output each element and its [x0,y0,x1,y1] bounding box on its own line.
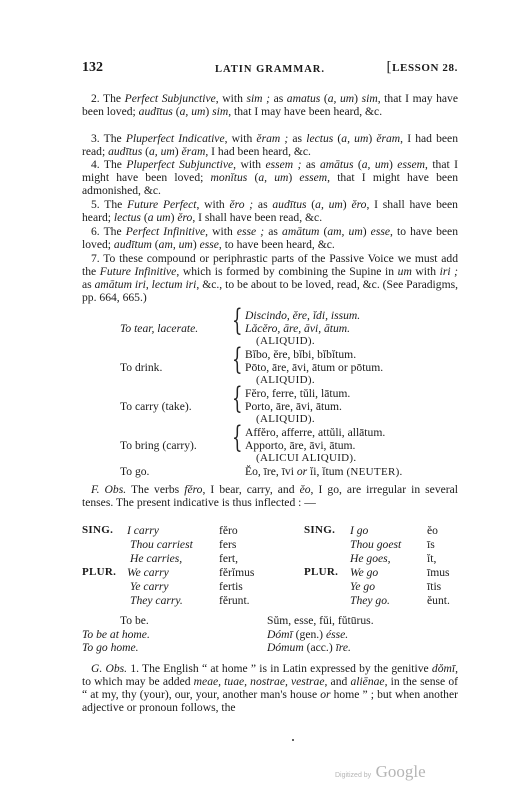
obs-label: F. Obs. [91,483,126,496]
number-label-sing: SING. [304,524,335,537]
latin-form: fertis [219,580,243,593]
latin-form: Lăcĕro, āre, āvi, ātum. [245,322,350,335]
latin-form: ītis [427,580,441,593]
english-form: He carries, [130,552,182,565]
latin-form: fĕrunt. [219,594,250,607]
paragraph-7: 7. To these compound or periphrastic par… [82,252,458,304]
obs-label: G. Obs. [91,662,127,675]
vocab-row: To tear, lacerate. Lăcĕro, āre, āvi, ātu… [82,322,458,335]
number-label-sing: SING. [82,524,113,537]
latin-form: Dómum (acc.) īre. [267,641,351,654]
english-form: Thou carriest [130,538,193,551]
vocab-row: (ALIQUID). [82,374,458,387]
number-label-plur: PLUR. [304,566,338,579]
paragraph-2: 2. The Perfect Subjunctive, with sim ; a… [82,92,458,118]
ink-speck [292,739,294,741]
english-form: Ye go [350,580,375,593]
latin-object: (ALICUI ALIQUID). [256,452,356,465]
lesson-label: [LESSON 28. [386,61,458,75]
vocab-row: (ALIQUID). [82,335,458,348]
vocab-row: To go. Ĕo, īre, īvi or ĭi, ĭtum (NEUTER)… [82,465,458,478]
latin-form: fert, [219,552,238,565]
english-meaning: To bring (carry). [120,439,197,452]
lesson-text: LESSON 28. [392,62,458,74]
english-meaning: To carry (take). [120,400,192,413]
digitization-watermark: Digitized by Google [335,762,426,782]
english-form: We go [350,566,378,579]
latin-form: Ĕo, īre, īvi or ĭi, ĭtum (NEUTER). [245,465,403,479]
latin-form: Bĭbo, ĕre, bĭbi, bĭbĭtum. [245,348,356,361]
vocab-row: (ALIQUID). [82,413,458,426]
latin-form: ĕunt. [427,594,450,607]
latin-form: īmus [427,566,450,579]
english-form: Ye carry [130,580,169,593]
latin-form: ĭt, [427,552,436,565]
latin-form: fĕrĭmus [219,566,254,579]
g-observation: G. Obs. 1. The English “ at home ” is in… [82,662,458,714]
english-form: We carry [127,566,169,579]
english-meaning: To go home. [82,641,139,654]
latin-form: Fĕro, ferre, tŭli, lātum. [245,387,350,400]
vocab-row: Fĕro, ferre, tŭli, lātum. [82,387,458,400]
paragraph-3: 3. The Pluperfect Indicative, with ĕram … [82,132,458,158]
latin-form: Sŭm, esse, fŭi, fŭtūrus. [267,614,374,627]
english-meaning: To be. [120,614,149,627]
latin-form: īs [427,538,435,551]
paragraph-6: 6. The Perfect Infinitive, with esse ; a… [82,225,458,251]
paragraph-4: 4. The Pluperfect Subjunctive, with esse… [82,158,458,197]
running-header: 132 LATIN GRAMMAR. [LESSON 28. [82,61,458,77]
english-form: I go [350,524,368,537]
google-logo: Google [376,762,426,781]
english-meaning: To drink. [120,361,162,374]
english-meaning: To tear, lacerate. [120,322,198,335]
latin-form: Apporto, āre, āvi, ātum. [245,439,355,452]
latin-object: (ALIQUID). [256,335,315,348]
english-meaning: To go. [120,465,149,478]
latin-object: (ALIQUID). [256,374,315,387]
english-form: They go. [350,594,390,607]
latin-form: ĕo [427,524,438,537]
latin-form: Discindo, ĕre, ĭdi, issum. [245,309,360,322]
english-form: I carry [127,524,159,537]
vocab-row: Affĕro, afferre, attŭli, allātum. [82,426,458,439]
english-form: He goes, [350,552,391,565]
vocab-row: Bĭbo, ĕre, bĭbi, bĭbĭtum. [82,348,458,361]
vocab-row: To carry (take). Porto, āre, āvi, ātum. [82,400,458,413]
paragraph-5: 5. The Future Perfect, with ĕro ; as aud… [82,198,458,224]
latin-form: Porto, āre, āvi, ātum. [245,400,342,413]
latin-form: Dómī (gen.) ésse. [267,628,348,641]
vocab-row: To bring (carry). Apporto, āre, āvi, ātu… [82,439,458,452]
english-form: Thou goest [350,538,401,551]
digitized-by-text: Digitized by [335,772,371,779]
latin-form: Affĕro, afferre, attŭli, allātum. [245,426,385,439]
f-observation: F. Obs. The verbs fĕro, I bear, carry, a… [82,483,458,509]
vocab-row: (ALICUI ALIQUID). [82,452,458,465]
latin-form: fers [219,538,236,551]
english-form: They carry. [130,594,183,607]
english-meaning: To be at home. [82,628,150,641]
latin-object: (ALIQUID). [256,413,315,426]
number-label-plur: PLUR. [82,566,116,579]
vocab-row: Discindo, ĕre, ĭdi, issum. [82,309,458,322]
latin-form: fĕro [219,524,238,537]
latin-form: Pōto, āre, āvi, ātum or pōtum. [245,361,383,374]
vocab-row: To drink. Pōto, āre, āvi, ātum or pōtum. [82,361,458,374]
